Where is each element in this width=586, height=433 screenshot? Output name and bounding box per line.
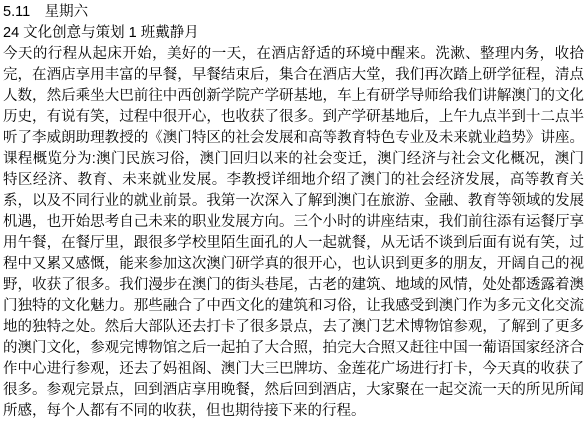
journal-document: 5.11 星期六 24 文化创意与策划 1 班戴静月 今天的行程从起床开始，美好… <box>0 0 586 433</box>
class-author-line: 24 文化创意与策划 1 班戴静月 <box>3 23 584 44</box>
journal-body-paragraph: 今天的行程从起床开始，美好的一天，在酒店舒适的环境中醒来。洗漱、整理内务，收拾完… <box>3 44 584 422</box>
date-heading: 5.11 星期六 <box>3 2 584 23</box>
